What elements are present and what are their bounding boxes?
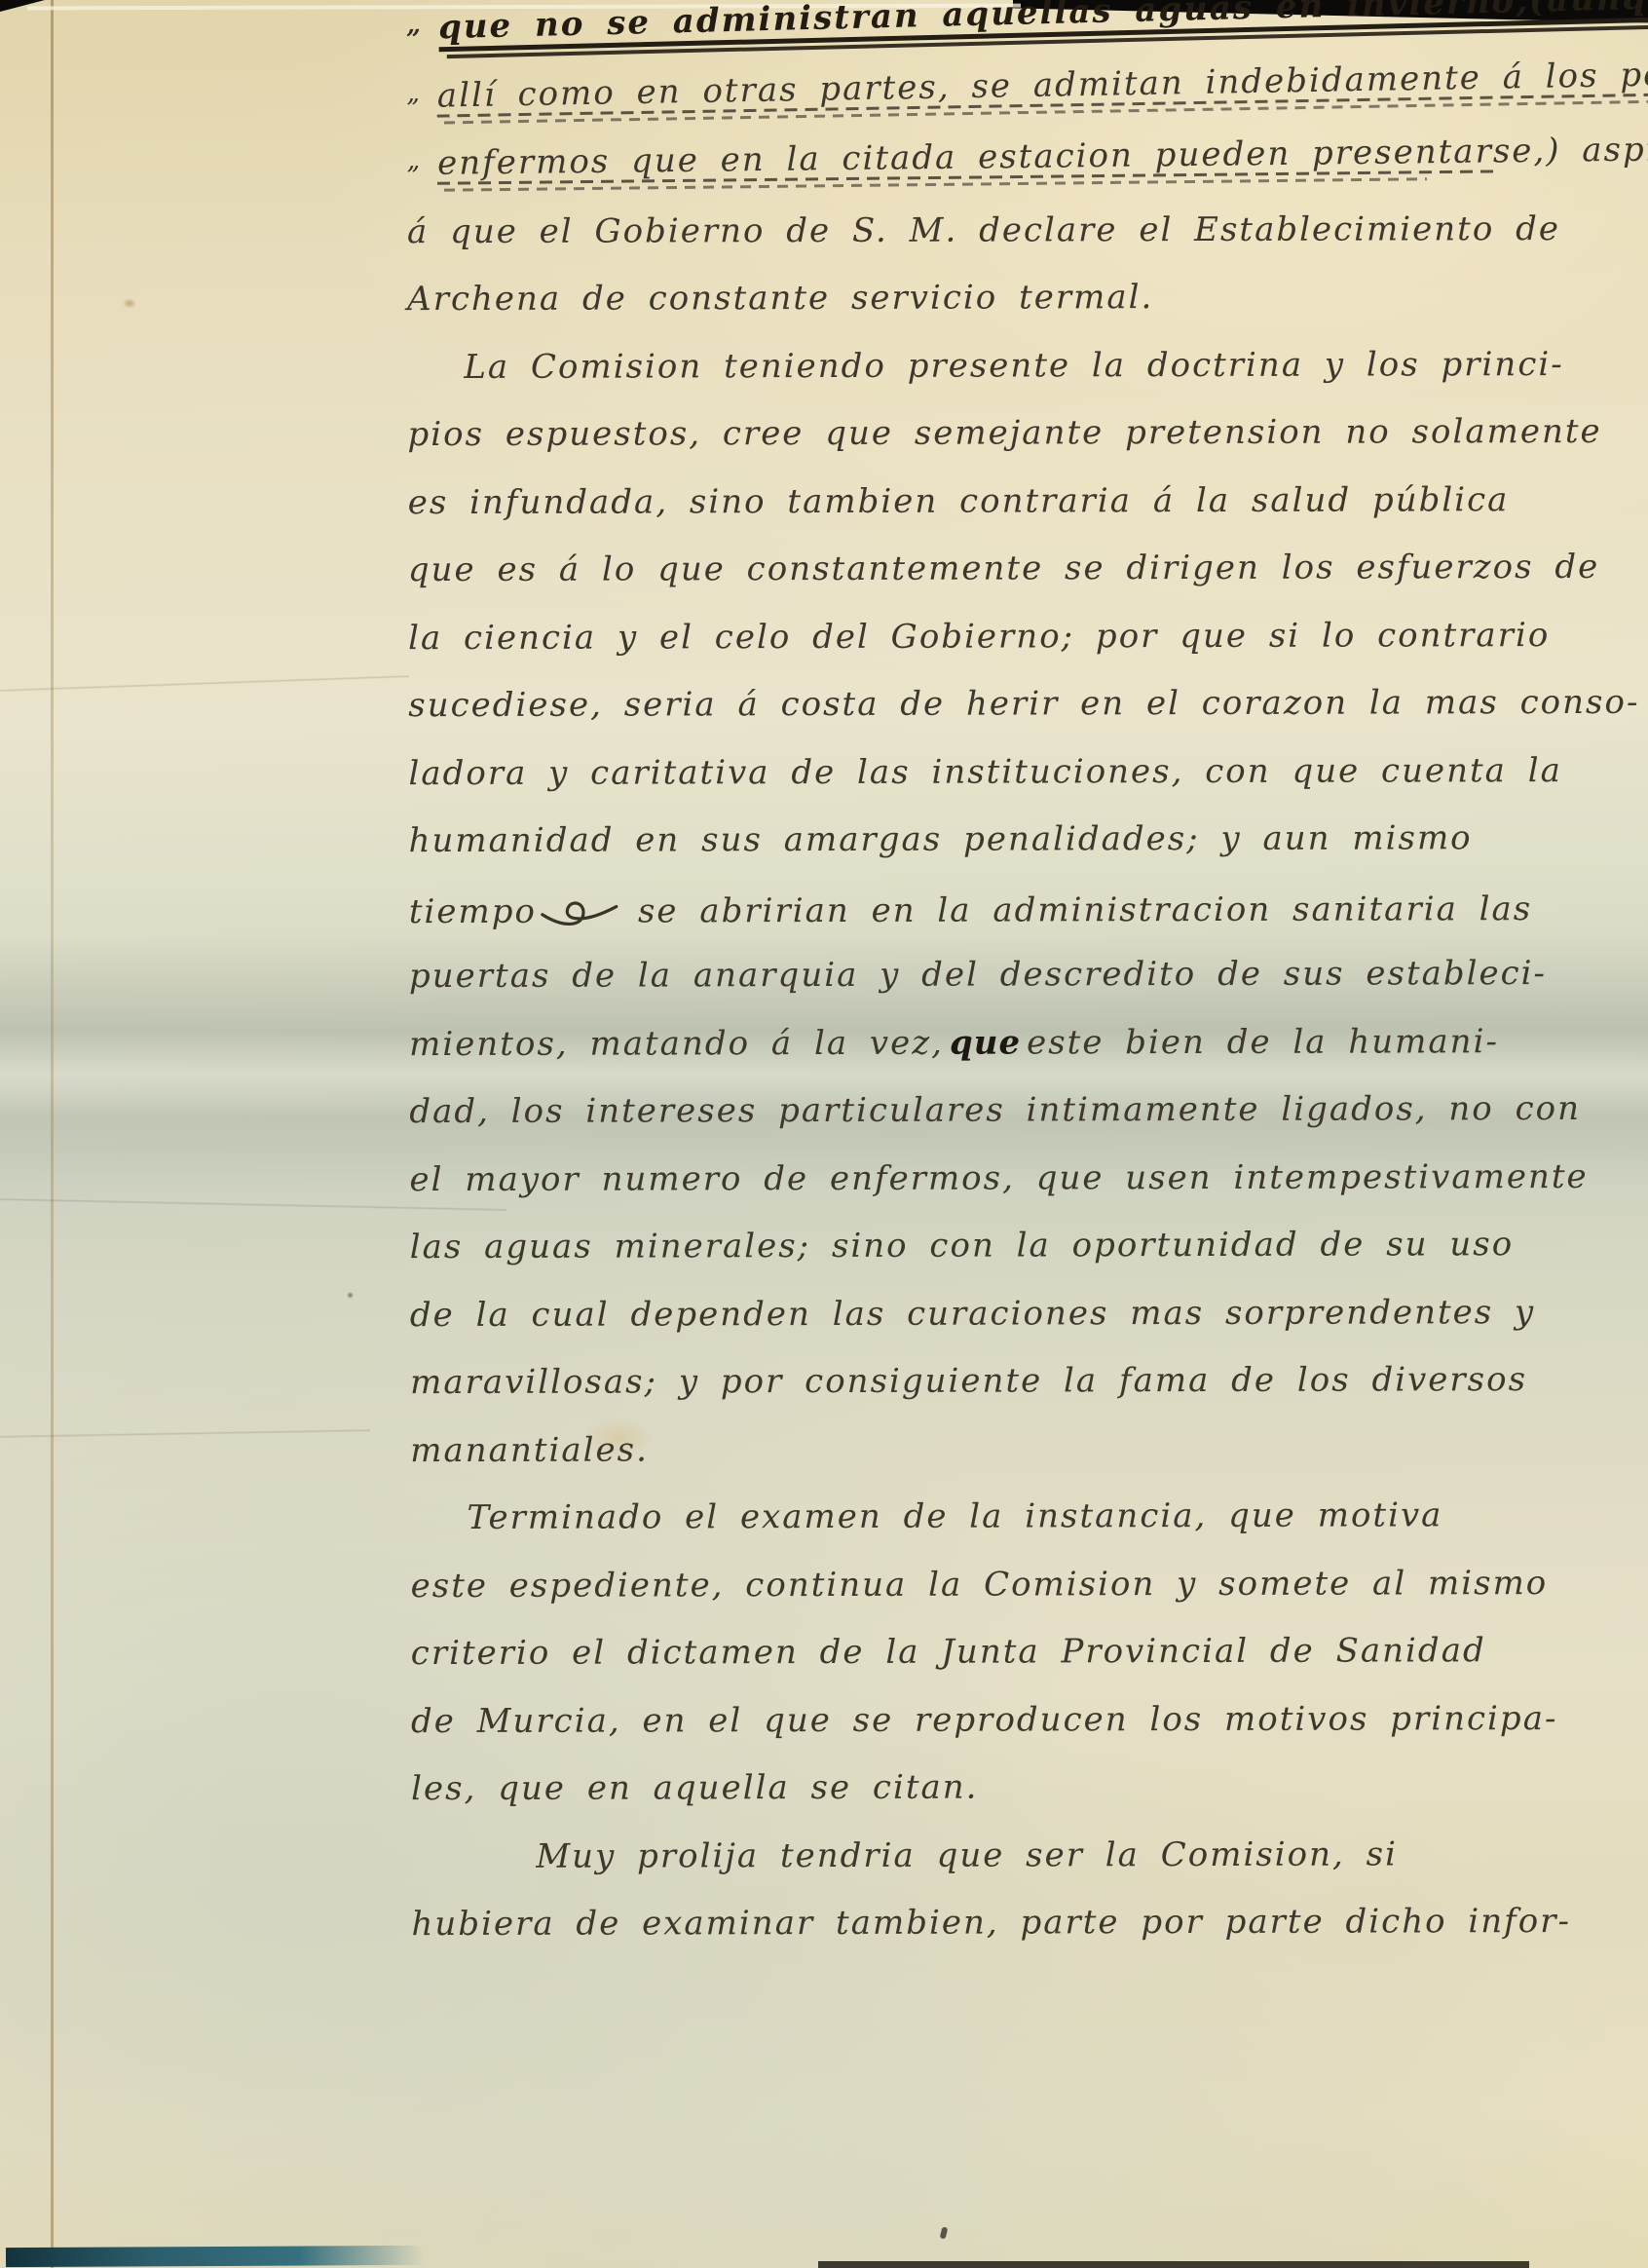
quote-mark: „: [406, 78, 422, 107]
line-text: humanidad en sus amargas penalidades; y …: [409, 818, 1473, 860]
manuscript-line: que es á lo que constantemente se dirige…: [0, 548, 1647, 620]
manuscript-line: maravillosas; y por consiguiente la fama…: [1, 1360, 1648, 1432]
line-text: La Comision teniendo presente la doctrin…: [464, 345, 1563, 387]
manuscript-line: dad, los intereses particulares intimame…: [0, 1089, 1648, 1161]
line-text: manantiales.: [410, 1430, 649, 1470]
line-text: mientos, matando á la vez,: [409, 1023, 944, 1063]
bottom-teal-edge: [6, 2246, 425, 2267]
line-text: les, que en aquella se citan.: [411, 1768, 978, 1809]
manuscript-line: Archena de constante servicio termal.: [0, 277, 1646, 349]
manuscript-text: „que no se administran aquellas aguas en…: [0, 6, 1648, 1974]
manuscript-line: tiempose abririan en la administracion s…: [0, 886, 1648, 958]
line-text: de Murcia, en el que se reproducen los m…: [411, 1699, 1558, 1741]
line-text: ladora y caritativa de las instituciones…: [408, 751, 1562, 793]
line-text: que no se administran aquellas aguas en …: [438, 0, 1648, 58]
manuscript-line: humanidad en sus amargas penalidades; y …: [0, 818, 1648, 890]
line-text: pios espuestos, cree que semejante prete…: [407, 412, 1601, 454]
line-text: maravillosas; y por consiguiente la fama…: [410, 1360, 1527, 1402]
manuscript-line: de Murcia, en el que se reproducen los m…: [2, 1698, 1648, 1770]
manuscript-line: La Comision teniendo presente la doctrin…: [0, 344, 1646, 416]
line-text: este bien de la humani-: [1027, 1022, 1499, 1062]
bottom-dark-edge: [818, 2261, 1529, 2268]
manuscript-line: de la cual dependen las curaciones mas s…: [1, 1292, 1648, 1364]
line-text: tiempo: [409, 891, 537, 930]
line-text: dad, los intereses particulares intimame…: [409, 1089, 1581, 1131]
inserted-word: que: [950, 1023, 1021, 1062]
line-text: á que el Gobierno de S. M. declare el Es…: [407, 209, 1560, 251]
manuscript-line: á que el Gobierno de S. M. declare el Es…: [0, 208, 1646, 281]
manuscript-line: las aguas minerales; sino con la oportun…: [1, 1225, 1648, 1297]
manuscript-line: mientos, matando á la vez,queeste bien d…: [0, 1021, 1648, 1093]
manuscript-page: „que no se administran aquellas aguas en…: [0, 0, 1648, 2268]
line-text: es infundada, sino tambien contraria á l…: [408, 480, 1510, 522]
line-text: criterio el dictamen de la Junta Provinc…: [411, 1631, 1486, 1673]
line-text: que es á lo que constantemente se dirige…: [408, 548, 1600, 589]
line-text: puertas de la anarquia y del descredito …: [409, 954, 1547, 996]
line-text: de la cual dependen las curaciones mas s…: [410, 1293, 1535, 1335]
line-text: la ciencia y el celo del Gobierno; por q…: [408, 616, 1550, 658]
manuscript-line: hubiera de examinar tambien, parte por p…: [2, 1902, 1648, 1974]
line-text: el mayor numero de enfermos, que usen in…: [409, 1156, 1588, 1198]
line-text: Archena de constante servicio termal.: [407, 278, 1153, 319]
line-text: se abririan en la administracion sanitar…: [638, 889, 1532, 930]
line-text: este espediente, continua la Comision y …: [411, 1564, 1549, 1606]
manuscript-line: la ciencia y el celo del Gobierno; por q…: [0, 615, 1647, 687]
manuscript-line: puertas de la anarquia y del descredito …: [0, 954, 1648, 1026]
line-text: Muy prolija tendria que ser la Comision,…: [536, 1834, 1398, 1875]
manuscript-line: Terminado el examen de la instancia, que…: [1, 1495, 1648, 1568]
manuscript-line: es infundada, sino tambien contraria á l…: [0, 479, 1647, 551]
quote-mark: „: [406, 146, 422, 175]
line-text: las aguas minerales; sino con la oportun…: [410, 1225, 1515, 1266]
line-text: hubiera de examinar tambien, parte por p…: [411, 1902, 1571, 1944]
manuscript-line: les, que en aquella se citan.: [2, 1766, 1648, 1838]
manuscript-line: ladora y caritativa de las instituciones…: [0, 750, 1648, 822]
line-text: Terminado el examen de la instancia, que…: [467, 1495, 1442, 1537]
manuscript-line: este espediente, continua la Comision y …: [2, 1563, 1648, 1635]
manuscript-line: el mayor numero de enfermos, que usen in…: [0, 1156, 1648, 1228]
manuscript-line: criterio el dictamen de la Junta Provinc…: [2, 1631, 1648, 1703]
manuscript-line: Muy prolija tendria que ser la Comision,…: [2, 1833, 1648, 1906]
quote-mark: „: [406, 11, 424, 40]
insertion-flourish-mark: [539, 888, 620, 931]
manuscript-line: sucediese, seria á costa de herir en el …: [0, 683, 1647, 755]
line-text: sucediese, seria á costa de herir en el …: [408, 683, 1639, 725]
manuscript-line: pios espuestos, cree que semejante prete…: [0, 412, 1647, 484]
manuscript-line: manantiales.: [1, 1427, 1648, 1499]
